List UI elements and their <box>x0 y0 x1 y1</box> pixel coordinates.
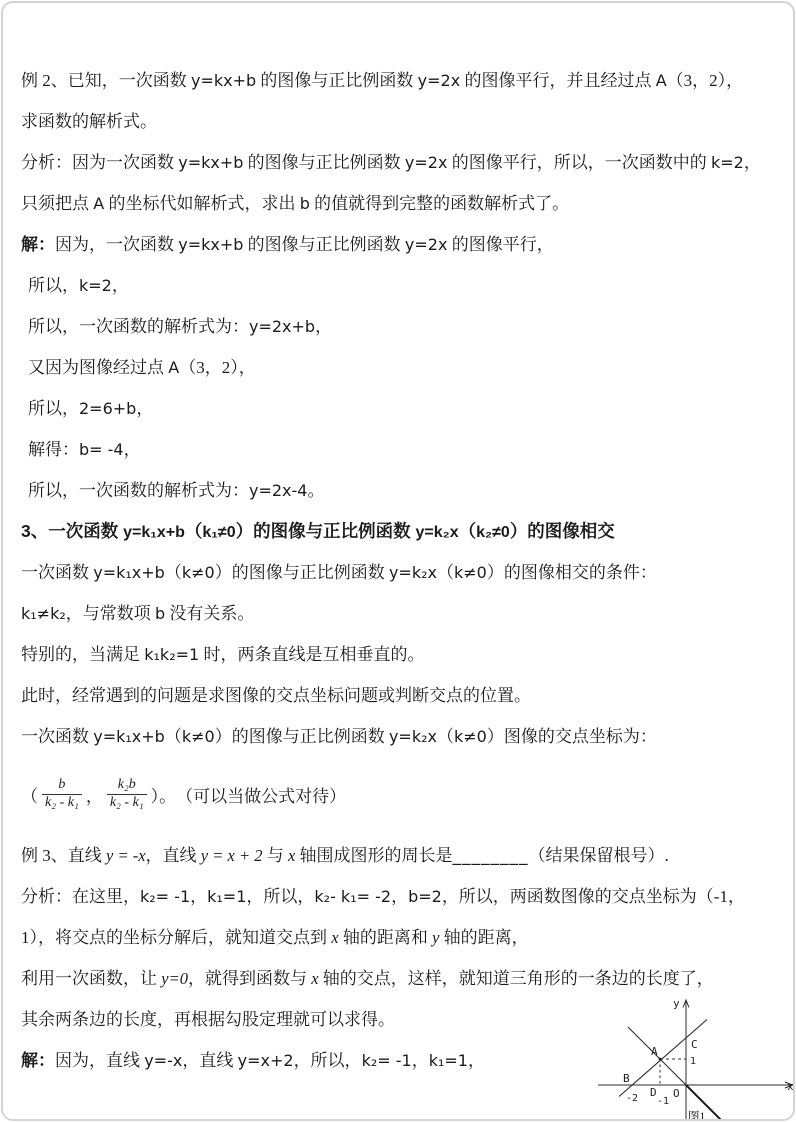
text-segment: （ <box>437 727 454 746</box>
text-segment: y=k₂x <box>389 563 437 582</box>
text-segment: 1），将交点的坐标分解后，就知道交点到 <box>21 928 331 947</box>
text-segment: 轴围成图形的周长是 <box>295 846 452 865</box>
fraction-denominator: k₂ - k₁ <box>107 794 147 812</box>
text-segment: 分析：在这里， <box>21 887 140 906</box>
text-line: 所以，一次函数的解析式为：y=2x+b， <box>21 306 789 347</box>
point-a-marker <box>659 1058 662 1061</box>
fraction: k₂bk₂ - k₁ <box>107 777 147 812</box>
text-line: 例 3、直线 y = -x，直线 y = x + 2 与 x 轴围成图形的周长是… <box>21 835 789 876</box>
text-segment: b <box>155 604 165 623</box>
text-segment: y=k₂x <box>415 524 458 541</box>
text-segment: （ <box>437 563 454 582</box>
text-line: 解：因为，一次函数 y=kx+b 的图像与正比例函数 y=2x 的图像平行， <box>21 224 789 265</box>
text-segment: ， <box>190 887 207 906</box>
fraction-numerator: b <box>55 777 68 794</box>
text-segment: 因为，直线 <box>55 1051 144 1070</box>
text-segment: （结果保留根号）. <box>529 846 669 865</box>
text-segment: （ <box>165 563 182 582</box>
text-segment: 一次函数 <box>21 563 93 582</box>
document-body: 例 2、已知，一次函数 y=kx+b 的图像与正比例函数 y=2x 的图像平行，… <box>21 60 789 1081</box>
text-segment: k≠0 <box>182 563 215 582</box>
text-segment: 一次函数 <box>21 727 93 746</box>
text-segment: y=2x <box>405 153 448 172</box>
text-segment: （ <box>165 727 182 746</box>
tick-label-neg1: -1 <box>657 1096 669 1107</box>
text-segment: （ <box>459 521 477 541</box>
text-segment: k=2 <box>711 153 744 172</box>
text-segment: 解： <box>21 235 55 254</box>
text-line: 所以，k=2， <box>21 265 789 306</box>
text-segment: y=k₁x+b <box>123 524 185 541</box>
text-segment: ， <box>136 399 153 418</box>
text-segment: 所以， <box>28 399 79 418</box>
text-segment: ， <box>391 887 408 906</box>
text-segment: 特别的，当满足 <box>21 645 144 664</box>
text-line: 分析：在这里，k₂= -1，k₁=1，所以，k₂- k₁= -2，b=2，所以，… <box>21 876 789 917</box>
text-line: 3、一次函数 y=k₁x+b（k₁≠0）的图像与正比例函数 y=k₂x（k₂≠0… <box>21 511 789 552</box>
text-segment: ，与常数项 <box>66 604 155 623</box>
text-segment: y=2x-4 <box>249 481 307 500</box>
figure-1: y x A B C D O -2 -1 1 图1 <box>595 991 795 1121</box>
text-segment: ，所以， <box>294 1051 362 1070</box>
text-segment: ， <box>468 1051 485 1070</box>
text-line: 只须把点 A 的坐标代如解析式，求出 b 的值就得到完整的函数解析式了。 <box>21 183 789 224</box>
text-segment: k≠0 <box>182 727 215 746</box>
text-segment: ， <box>86 776 103 817</box>
text-line: 一次函数 y=k₁x+b（k≠0）的图像与正比例函数 y=k₂x（k≠0）的图像… <box>21 552 789 593</box>
text-segment: 分析：因为一次函数 <box>21 153 178 172</box>
text-segment: ，所以，两函数图像的交点坐标为（-1， <box>442 887 745 906</box>
tick-label-neg2: -2 <box>626 1093 638 1104</box>
text-segment: y=kx+b <box>191 71 256 90</box>
text-segment: （ <box>185 521 203 541</box>
text-segment: 所以，一次函数的解析式为： <box>28 481 249 500</box>
text-segment: y=2x+b <box>249 317 315 336</box>
text-line: 又因为图像经过点 A（3，2）， <box>21 347 789 388</box>
text-segment: ）的图像相交的条件： <box>487 563 657 582</box>
text-segment: k₂- k₁= -2 <box>314 887 391 906</box>
fraction-numerator: k₂b <box>115 777 139 794</box>
text-segment: 的坐标代如解析式，求出 <box>104 194 300 213</box>
text-line: 特别的，当满足 k₁k₂=1 时，两条直线是互相垂直的。 <box>21 634 789 675</box>
text-segment: ，就得到函数与 <box>188 969 311 988</box>
text-segment: ， <box>744 153 761 172</box>
text-segment: y=x+2 <box>238 1051 294 1070</box>
text-segment: ）的图像相交 <box>510 521 615 541</box>
text-segment: 又因为图像经过点 <box>28 358 168 377</box>
text-segment: y=0 <box>161 969 188 988</box>
text-segment: ，所以， <box>246 887 314 906</box>
text-segment: y=kx+b <box>178 153 243 172</box>
origin-label: O <box>673 1087 680 1100</box>
answer-blank: ________ <box>453 846 529 866</box>
text-segment: y=k₁x+b <box>93 727 165 746</box>
text-line: 1），将交点的坐标分解后，就知道交点到 x 轴的距离和 y 轴的距离， <box>21 917 789 958</box>
point-label-a: A <box>651 1045 658 1058</box>
text-segment: k₂= -1 <box>140 887 190 906</box>
text-segment: ，直线 <box>146 846 201 865</box>
text-segment: 求函数的解析式。 <box>21 112 157 131</box>
text-segment: b <box>300 194 310 213</box>
text-line: 所以，一次函数的解析式为：y=2x-4。 <box>21 470 789 511</box>
figure-caption: 图1 <box>688 1110 705 1121</box>
text-segment: 没有关系。 <box>165 604 254 623</box>
text-segment: 的图像与正比例函数 <box>243 235 405 254</box>
text-segment: ）。 <box>151 776 177 817</box>
tick-label-one: 1 <box>690 1056 696 1067</box>
text-segment: 的值就得到完整的函数解析式了。 <box>310 194 569 213</box>
text-segment: 解： <box>21 1051 55 1070</box>
coordinate-plane-figure: y x A B C D O -2 -1 1 图1 <box>595 991 795 1121</box>
text-line: 求函数的解析式。 <box>21 101 789 142</box>
text-segment: 此时，经常遇到的问题是求图像的交点坐标问题或判断交点的位置。 <box>21 686 531 705</box>
text-segment: k₂≠0 <box>476 524 510 541</box>
text-segment: x <box>331 928 338 947</box>
text-segment: 所以，一次函数的解析式为： <box>28 317 249 336</box>
text-segment: 轴的交点，这样，就知道三角形的一条边的长度了， <box>319 969 714 988</box>
point-label-c: C <box>691 1038 698 1051</box>
text-segment: y=k₁x+b <box>93 563 165 582</box>
text-segment: 轴的距离和 <box>339 928 433 947</box>
text-segment: ，直线 <box>182 1051 237 1070</box>
text-segment: k=2 <box>79 276 112 295</box>
text-segment: 其余两条边的长度，再根据勾股定理就可以求得。 <box>21 1010 395 1029</box>
text-segment: A <box>168 358 179 377</box>
text-segment: 的图像与正比例函数 <box>256 71 418 90</box>
text-segment: k₂= -1 <box>362 1051 412 1070</box>
text-segment: 解得： <box>28 440 79 459</box>
text-segment: 的图像平行，所以，一次函数中的 <box>447 153 711 172</box>
text-line: 解得：b= -4， <box>21 429 789 470</box>
text-line: 此时，经常遇到的问题是求图像的交点坐标问题或判断交点的位置。 <box>21 675 789 716</box>
text-line: 例 2、已知，一次函数 y=kx+b 的图像与正比例函数 y=2x 的图像平行，… <box>21 60 789 101</box>
fraction-denominator: k₂ - k₁ <box>42 794 82 812</box>
text-segment: k₁k₂=1 <box>144 645 199 664</box>
document-page: 例 2、已知，一次函数 y=kx+b 的图像与正比例函数 y=2x 的图像平行，… <box>1 1 795 1121</box>
text-segment: 的图像与正比例函数 <box>243 153 405 172</box>
text-segment: ， <box>112 276 129 295</box>
text-segment: k₁≠k₂ <box>21 604 66 623</box>
text-segment: y = x + 2 <box>201 846 263 865</box>
text-segment: k₁=1 <box>207 887 246 906</box>
text-segment: 的图像平行，并且经过点 <box>460 71 656 90</box>
text-segment: y=2x <box>405 235 448 254</box>
x-axis-label: x <box>787 1080 794 1093</box>
text-segment: 只须把点 <box>21 194 93 213</box>
text-segment: k₁=1 <box>429 1051 468 1070</box>
text-segment: y = -x <box>106 846 146 865</box>
text-segment: 2=6+b <box>79 399 136 418</box>
line-y-equals-negative-x <box>628 1027 725 1121</box>
text-segment: ）的图像与正比例函数 <box>236 521 416 541</box>
text-segment: ， <box>124 440 141 459</box>
text-segment: 的图像平行， <box>447 235 553 254</box>
text-segment: （3，2）， <box>179 358 256 377</box>
text-segment: ）的图像与正比例函数 <box>215 563 389 582</box>
text-segment: 轴的距离， <box>439 928 528 947</box>
text-segment: x <box>311 969 318 988</box>
text-segment: 利用一次函数，让 <box>21 969 161 988</box>
text-segment: 例 3、直线 <box>21 846 106 865</box>
text-segment: 。 <box>307 481 324 500</box>
text-segment: k₁≠0 <box>202 524 235 541</box>
text-segment: y=k₂x <box>389 727 437 746</box>
text-segment: 所以， <box>28 276 79 295</box>
text-segment: y=2x <box>418 71 461 90</box>
text-segment: k≠0 <box>454 563 487 582</box>
point-label-d: D <box>650 1086 657 1099</box>
text-segment: （ <box>21 776 38 817</box>
text-segment: A <box>656 71 667 90</box>
text-segment: （3，2）， <box>667 71 744 90</box>
text-segment: ， <box>412 1051 429 1070</box>
text-line: k₁≠k₂，与常数项 b 没有关系。 <box>21 593 789 634</box>
text-segment: 例 2、已知，一次函数 <box>21 71 191 90</box>
text-segment: A <box>93 194 104 213</box>
text-segment: y=kx+b <box>178 235 243 254</box>
text-line: 分析：因为一次函数 y=kx+b 的图像与正比例函数 y=2x 的图像平行，所以… <box>21 142 789 183</box>
text-line: 一次函数 y=k₁x+b（k≠0）的图像与正比例函数 y=k₂x（k≠0）图像的… <box>21 716 789 757</box>
intersection-formula-line: （bk₂ - k₁，k₂bk₂ - k₁）。 （可以当做公式对待） <box>21 757 789 835</box>
text-line: 所以，2=6+b， <box>21 388 789 429</box>
text-segment: ）的图像与正比例函数 <box>215 727 389 746</box>
text-segment: 因为，一次函数 <box>55 235 178 254</box>
text-segment: （可以当做公式对待） <box>176 776 346 817</box>
text-segment: 3、一次函数 <box>21 521 123 541</box>
text-segment: ， <box>315 317 332 336</box>
text-segment: y=-x <box>144 1051 182 1070</box>
y-axis-label: y <box>673 997 680 1010</box>
text-segment: k≠0 <box>454 727 487 746</box>
text-segment: b= -4 <box>79 440 124 459</box>
point-label-b: B <box>623 1072 630 1085</box>
text-segment: ）图像的交点坐标为： <box>487 727 657 746</box>
text-segment: 时，两条直线是互相垂直的。 <box>199 645 424 664</box>
text-segment: b=2 <box>408 887 442 906</box>
fraction: bk₂ - k₁ <box>42 777 82 812</box>
text-segment: 与 <box>262 846 288 865</box>
